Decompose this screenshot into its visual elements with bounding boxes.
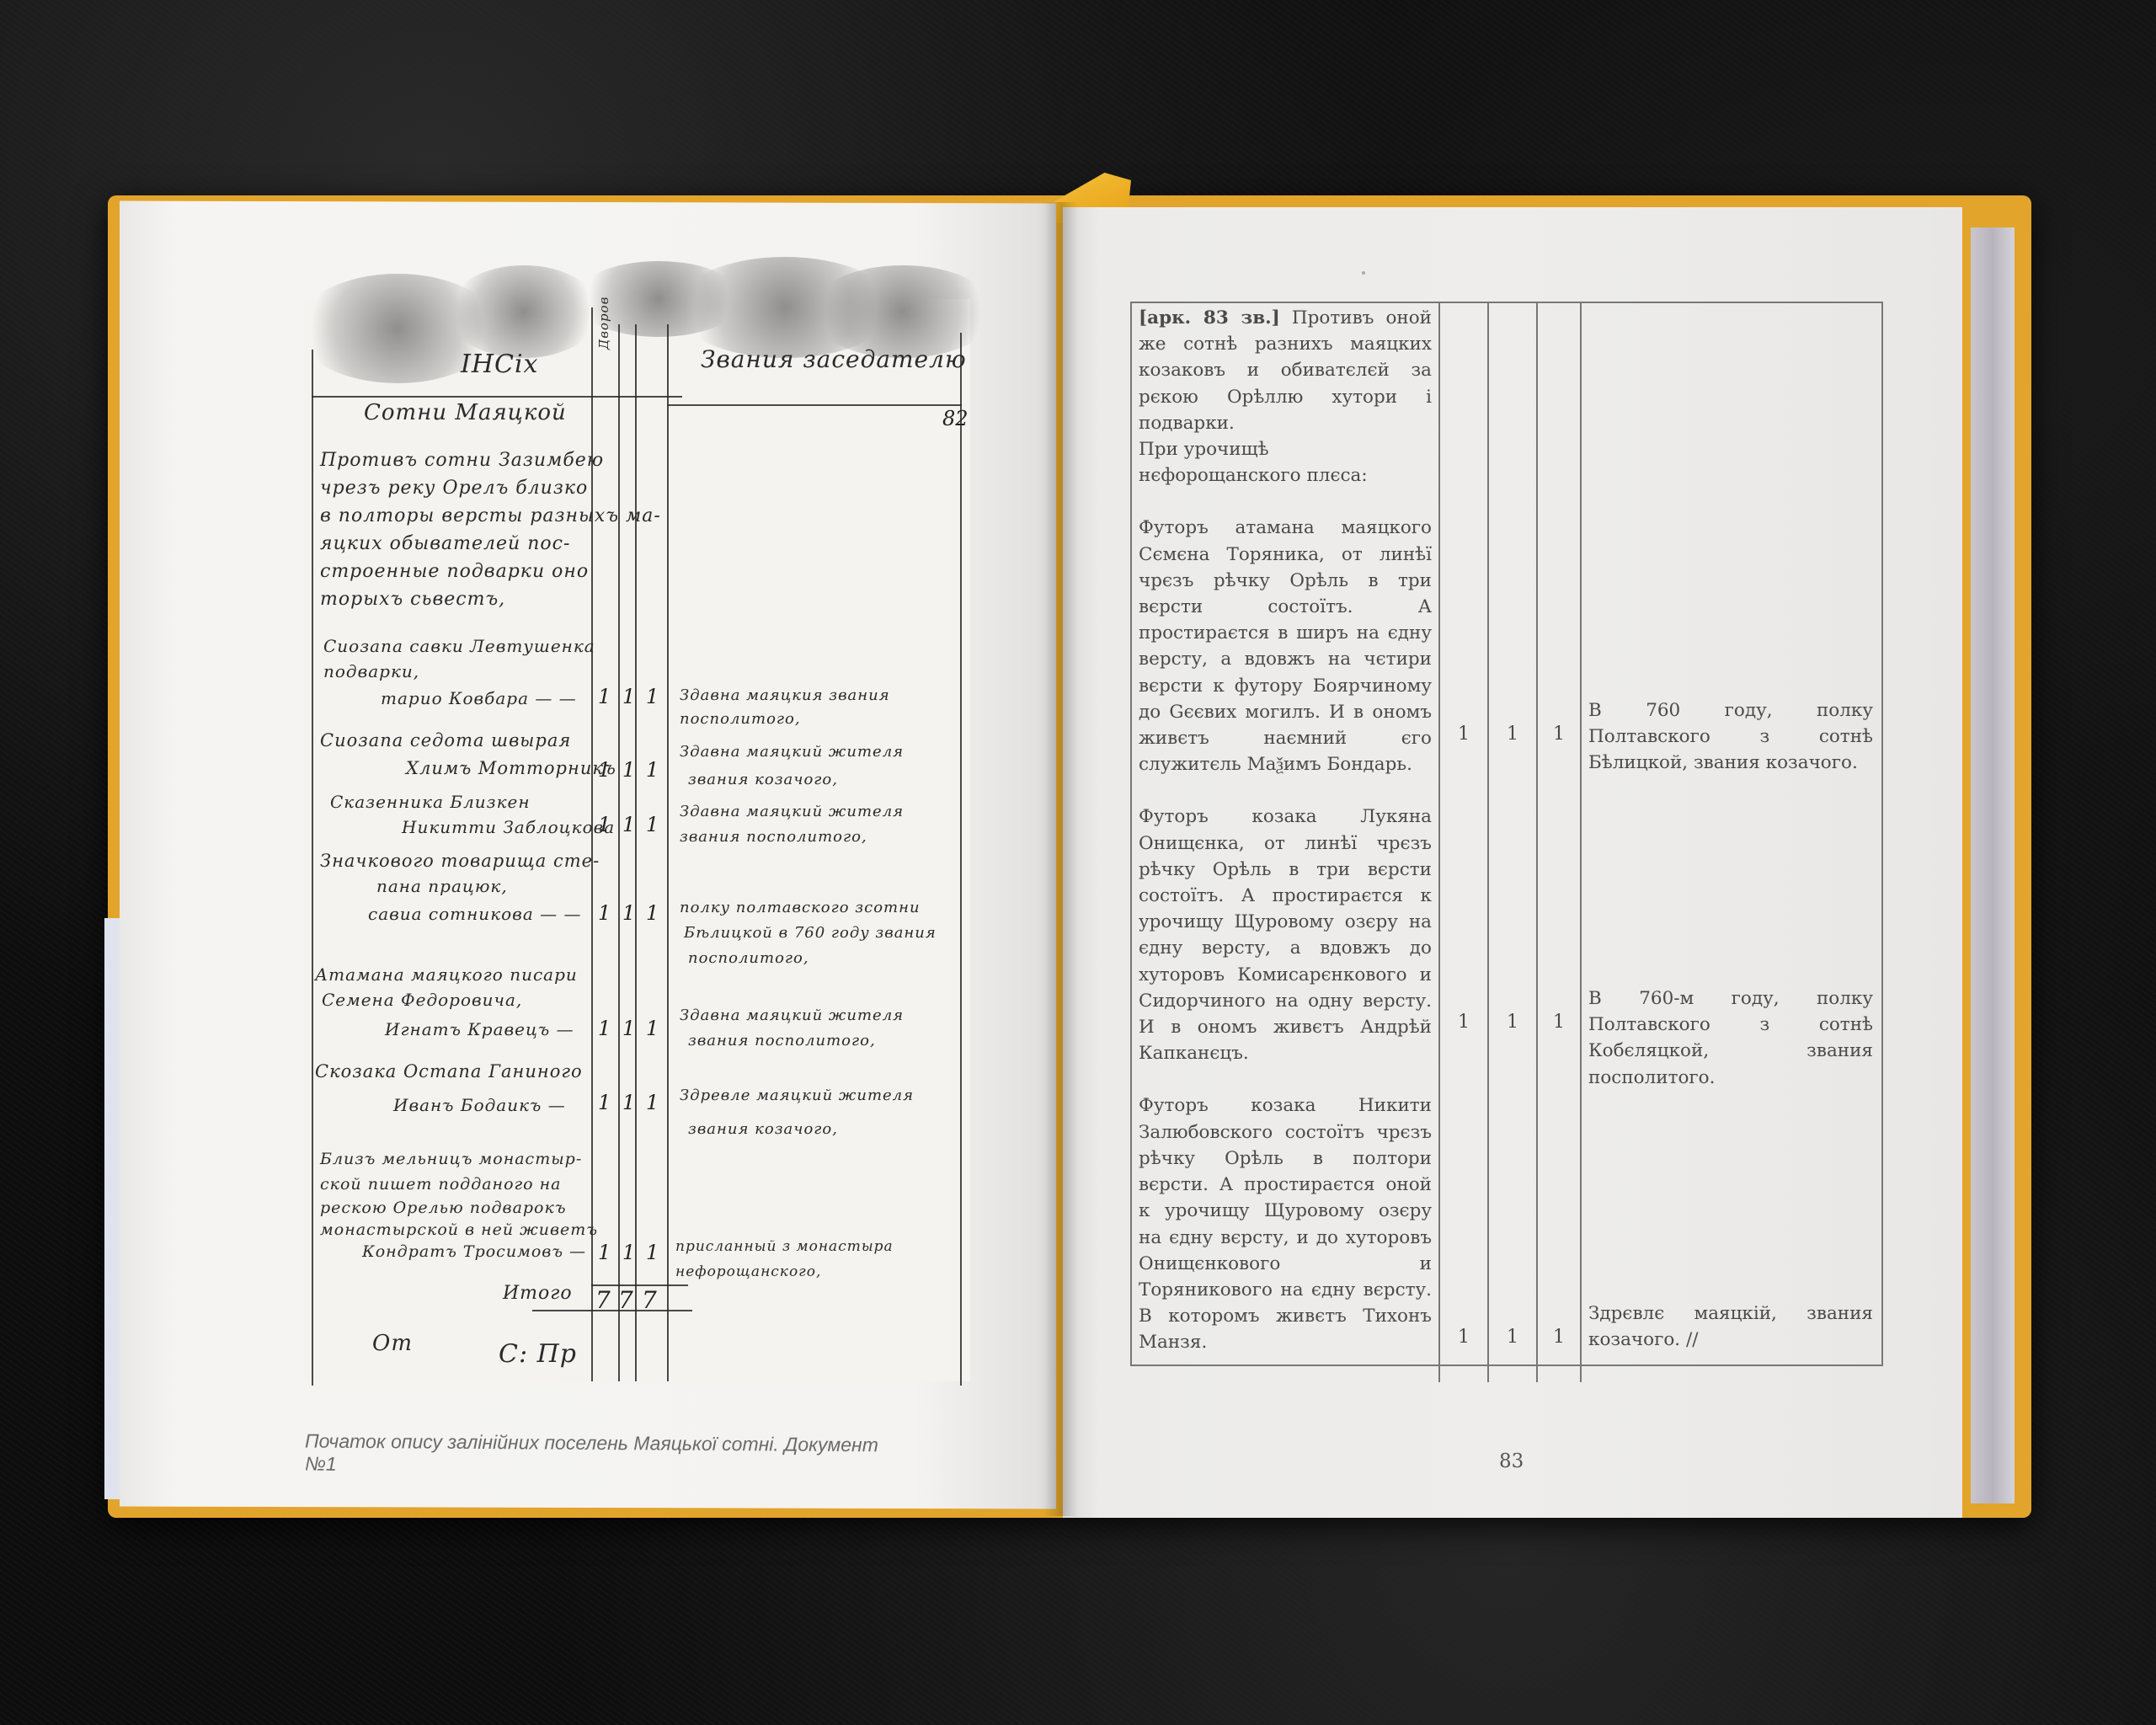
gutter-shadow — [1044, 202, 1078, 1516]
ms-signature: От — [372, 1331, 413, 1356]
count-cell: 1 — [1538, 1012, 1580, 1033]
ms-intro: Противъ сотни Зазимбею чрезъ реку Орелъ … — [320, 446, 661, 613]
note-cell: В 760 году, полку Полтавского з сотнѣ Бѣ… — [1588, 697, 1873, 777]
left-page-running-footer: Початок опису залінійних поселень Маяцьк… — [305, 1430, 894, 1480]
table-intro: [арк. 83 зв.] Противъ оной же сотнѣ разн… — [1139, 305, 1432, 489]
table-row: Футоръ козака Никити Залюбовского состої… — [1139, 1092, 1432, 1355]
table-col-count-2: 1 1 1 — [1489, 303, 1538, 1382]
ms-folio-number: 82 — [942, 407, 969, 430]
note-cell: В 760-м году, полку Полтавского з сотнѣ … — [1588, 985, 1873, 1091]
table-col-description: [арк. 83 зв.] Противъ оной же сотнѣ разн… — [1132, 303, 1440, 1382]
count-cell: 1 — [1440, 1012, 1487, 1033]
count-cell: 1 — [1489, 724, 1536, 745]
count-cell: 1 — [1538, 724, 1580, 745]
table-col-count-1: 1 1 1 — [1440, 303, 1489, 1382]
manuscript-facsimile: ІНСіх Дворов Звания заседателю 82 Сотни … — [305, 299, 970, 1381]
ms-total: 7 — [642, 1286, 657, 1314]
note-cell: Здрєвлє маяцкій, звания козачого. // — [1588, 1300, 1873, 1353]
folio-reference: [арк. 83 зв.] — [1139, 307, 1280, 328]
count-cell: 1 — [1489, 1327, 1536, 1348]
section-heading: нєфорощанского плєса: — [1139, 462, 1432, 489]
ms-entry-line: Сиозапа савки Левтушенка — [323, 636, 595, 656]
table-col-count-3: 1 1 1 — [1538, 303, 1582, 1382]
ms-entry-line: подварки, — [323, 661, 419, 681]
ms-header-title: ІНСіх — [461, 350, 538, 379]
table-row: Футоръ атамана маяцкого Сємєна Торяника,… — [1139, 515, 1432, 777]
count-cell: 1 — [1440, 724, 1487, 745]
count-cell: 1 — [1489, 1012, 1536, 1033]
count-cell: 1 — [1538, 1327, 1580, 1348]
ms-section-title: Сотни Маяцкой — [364, 400, 567, 425]
ms-totals-label: Итого — [503, 1283, 573, 1304]
ms-signature: С: Пр — [499, 1339, 577, 1369]
ms-col-head: Дворов — [596, 296, 611, 350]
count-cell: 1 — [1440, 1327, 1487, 1348]
table-row: Футоръ козака Лукяна Онищєнка, от линѣї … — [1139, 804, 1432, 1066]
page-block-edge — [1971, 227, 2015, 1503]
table-col-notes: В 760 году, полку Полтавского з сотнѣ Бѣ… — [1582, 303, 1881, 1382]
ms-total: 7 — [618, 1286, 633, 1314]
ms-entry-line: тарио Ковбара — — — [381, 688, 577, 708]
document-table: [арк. 83 зв.] Противъ оной же сотнѣ разн… — [1130, 302, 1883, 1366]
page-speck — [1362, 271, 1365, 275]
ms-total: 7 — [595, 1286, 611, 1314]
page-number: 83 — [1499, 1450, 1524, 1472]
section-heading: При урочищѣ — [1139, 436, 1432, 462]
ms-col-head-zvaniya: Звания заседателю — [701, 345, 967, 373]
